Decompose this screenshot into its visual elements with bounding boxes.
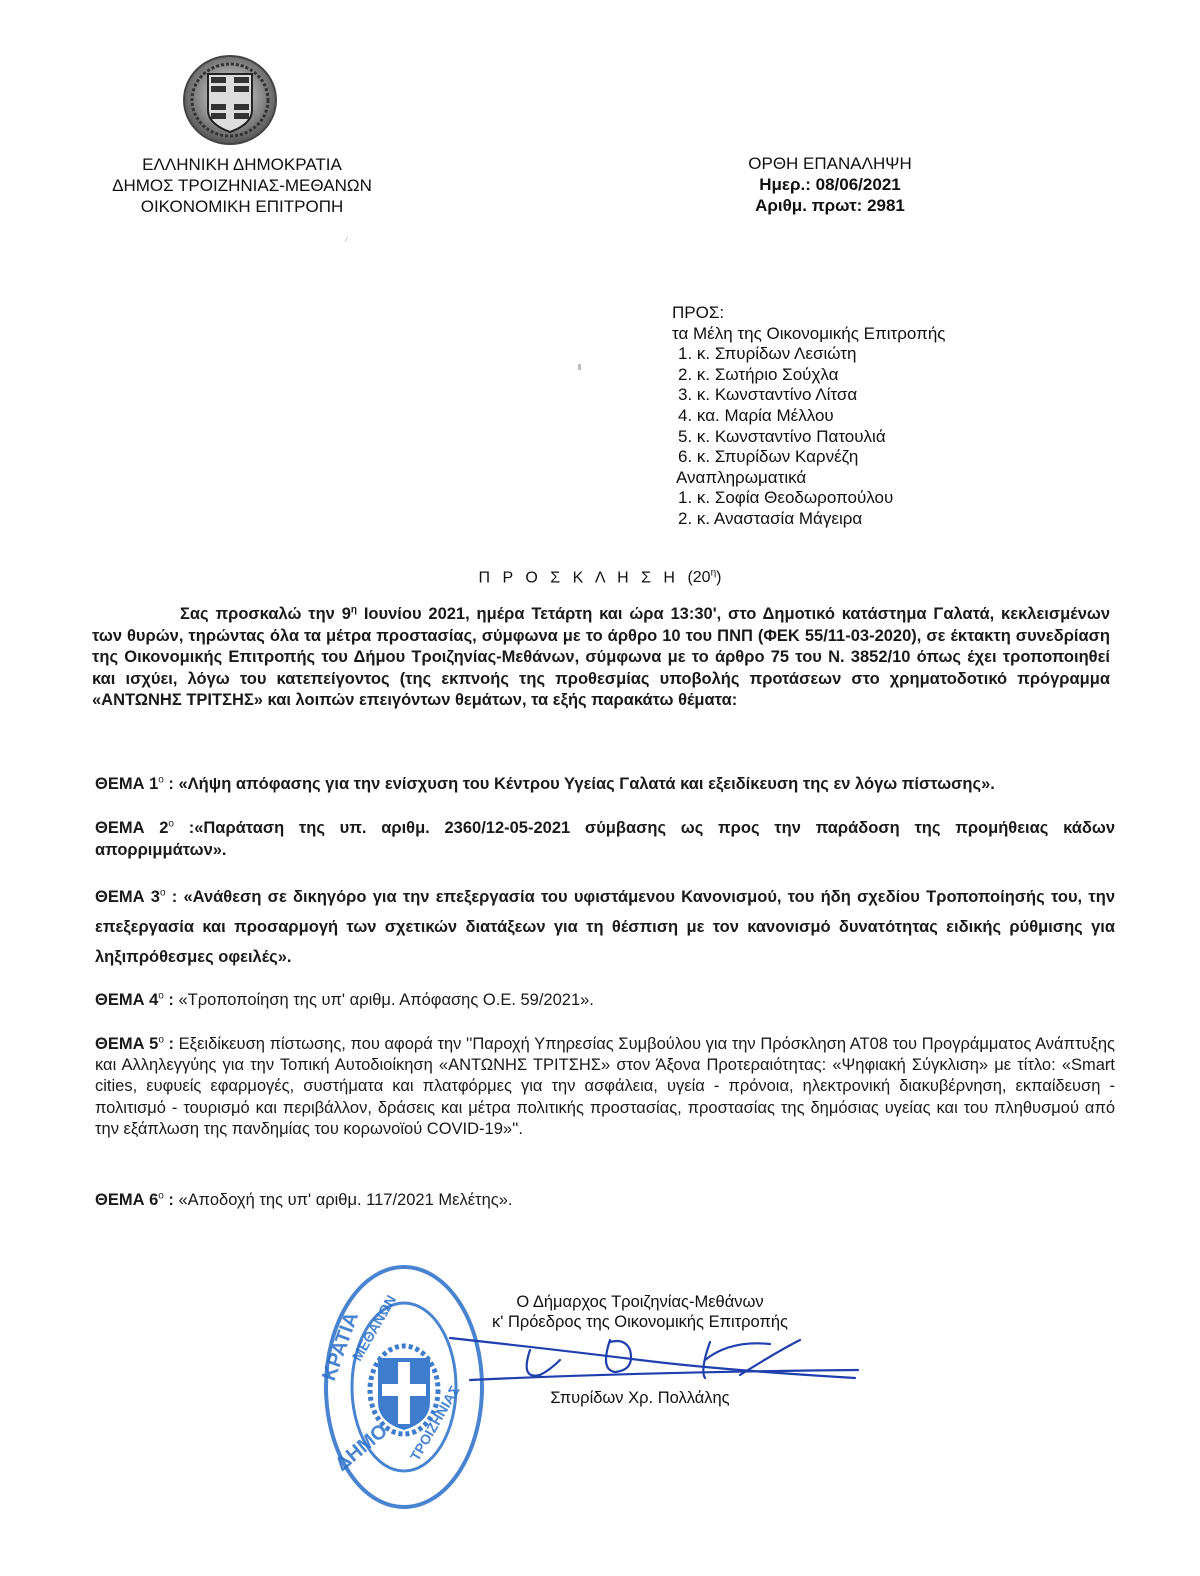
topic-label-text: ΘΕΜΑ 2	[95, 819, 168, 837]
topic-text: «Λήψη απόφασης για την ενίσχυση του Κέντ…	[179, 775, 995, 793]
date-value: 08/06/2021	[816, 175, 901, 194]
document-meta: ΟΡΘΗ ΕΠΑΝΑΛΗΨΗ Ημερ.: 08/06/2021 Αριθμ. …	[700, 153, 960, 216]
recipient-member: 5. κ. Κωνσταντίνο Πατουλιά	[672, 427, 946, 448]
topic-label: ΘΕΜΑ 4ο :	[95, 991, 179, 1009]
issuer-line-3: ΟΙΚΟΝΟΜΙΚΗ ΕΠΙΤΡΟΠΗ	[92, 196, 392, 217]
topic-label: ΘΕΜΑ 3ο :	[95, 888, 184, 906]
recipient-member: 2. κ. Σωτήριο Σούχλα	[672, 365, 946, 386]
topic-text: «Τροποποίηση της υπ' αριθμ. Απόφασης Ο.Ε…	[179, 991, 594, 1009]
topic-label-sep: :	[174, 819, 194, 837]
topic-label-sep: :	[166, 888, 184, 906]
protocol-label: Αριθμ. πρωτ:	[755, 196, 862, 215]
topic-text: «Ανάθεση σε δικηγόρο για την επεξεργασία…	[95, 888, 1115, 966]
agenda-topic-5: ΘΕΜΑ 5ο : Εξειδίκευση πίστωσης, που αφορ…	[95, 1034, 1115, 1140]
greek-coat-of-arms-icon	[180, 52, 280, 148]
topic-label: ΘΕΜΑ 2ο :	[95, 819, 194, 837]
scan-artifact	[578, 364, 581, 370]
topic-label: ΘΕΜΑ 6ο :	[95, 1191, 179, 1209]
invitation-number-close: )	[716, 569, 721, 586]
topic-label: ΘΕΜΑ 1ο :	[95, 775, 179, 793]
topic-label-text: ΘΕΜΑ 1	[95, 775, 158, 793]
recipient-group: τα Μέλη της Οικονομικής Επιτροπής	[672, 324, 946, 345]
alternates-label: Αναπληρωματικά	[672, 468, 946, 489]
topic-label-text: ΘΕΜΑ 4	[95, 991, 158, 1009]
recipient-member: 6. κ. Σπυρίδων Καρνέζη	[672, 447, 946, 468]
issuer-line-1: ΕΛΛΗΝΙΚΗ ΔΗΜΟΚΡΑΤΙΑ	[92, 154, 392, 175]
topic-label-sep: :	[164, 1035, 179, 1053]
recipient-member: 4. κα. Μαρία Μέλλου	[672, 406, 946, 427]
agenda-topic-2: ΘΕΜΑ 2ο :«Παράταση της υπ. αριθμ. 2360/1…	[95, 818, 1115, 861]
date-label: Ημερ.:	[759, 175, 811, 194]
alternate-member: 1. κ. Σοφία Θεοδωροπούλου	[672, 488, 946, 509]
agenda-topic-4: ΘΕΜΑ 4ο : «Τροποποίηση της υπ' αριθμ. Απ…	[95, 990, 1115, 1012]
protocol-value: 2981	[867, 196, 905, 215]
topic-text: «Αποδοχή της υπ' αριθμ. 117/2021 Μελέτης…	[179, 1191, 513, 1209]
signatory-role: κ' Πρόεδρος της Οικονομικής Επιτροπής	[410, 1312, 870, 1332]
reissue-label: ΟΡΘΗ ΕΠΑΝΑΛΗΨΗ	[700, 153, 960, 174]
topic-text: Εξειδίκευση πίστωσης, που αφορά την ''Πα…	[95, 1035, 1115, 1138]
agenda-topic-1: ΘΕΜΑ 1ο : «Λήψη απόφασης για την ενίσχυσ…	[95, 774, 1115, 796]
recipients-block: ΠΡΟΣ: τα Μέλη της Οικονομικής Επιτροπής …	[672, 303, 946, 530]
topic-text: «Παράταση της υπ. αριθμ. 2360/12-05-2021…	[95, 819, 1115, 859]
invitation-title-text: Π Ρ Ο Σ Κ Λ Η Σ Η	[479, 569, 679, 586]
handwritten-signature-icon	[440, 1330, 860, 1390]
topic-label-sep: :	[164, 991, 179, 1009]
signatory-name: Σπυρίδων Χρ. Πολλάλης	[410, 1388, 870, 1408]
invitation-number: (20η)	[687, 569, 721, 586]
topic-label-text: ΘΕΜΑ 5	[95, 1035, 158, 1053]
to-label: ΠΡΟΣ:	[672, 303, 946, 324]
date-line: Ημερ.: 08/06/2021	[700, 174, 960, 195]
topic-label-sep: :	[164, 1191, 179, 1209]
invitation-body: Σας προσκαλώ την 9η Ιουνίου 2021, ημέρα …	[92, 604, 1110, 712]
scan-artifact	[345, 236, 349, 242]
topic-label: ΘΕΜΑ 5ο :	[95, 1035, 179, 1053]
alternate-member: 2. κ. Αναστασία Μάγειρα	[672, 509, 946, 530]
topic-label-text: ΘΕΜΑ 6	[95, 1191, 158, 1209]
topic-label-sep: :	[164, 775, 179, 793]
body-text-start: Σας προσκαλώ την 9	[180, 605, 351, 623]
issuer-line-2: ΔΗΜΟΣ ΤΡΟΙΖΗΝΙΑΣ-ΜΕΘΑΝΩΝ	[92, 175, 392, 196]
agenda-topic-3: ΘΕΜΑ 3ο : «Ανάθεση σε δικηγόρο για την ε…	[95, 882, 1115, 972]
signatory-title: Ο Δήμαρχος Τροιζηνίας-Μεθάνων	[410, 1292, 870, 1312]
recipient-member: 1. κ. Σπυρίδων Λεσιώτη	[672, 344, 946, 365]
invitation-title: Π Ρ Ο Σ Κ Λ Η Σ Η (20η)	[0, 568, 1200, 587]
topic-label-text: ΘΕΜΑ 3	[95, 888, 160, 906]
agenda-topic-6: ΘΕΜΑ 6ο : «Αποδοχή της υπ' αριθμ. 117/20…	[95, 1190, 1115, 1212]
recipient-member: 3. κ. Κωνσταντίνο Λίτσα	[672, 385, 946, 406]
protocol-line: Αριθμ. πρωτ: 2981	[700, 195, 960, 216]
invitation-number-value: (20	[687, 569, 710, 586]
issuer-header: ΕΛΛΗΝΙΚΗ ΔΗΜΟΚΡΑΤΙΑ ΔΗΜΟΣ ΤΡΟΙΖΗΝΙΑΣ-ΜΕΘ…	[92, 154, 392, 217]
svg-text:ΔΗΜΟ: ΔΗΜΟ	[331, 1420, 392, 1476]
